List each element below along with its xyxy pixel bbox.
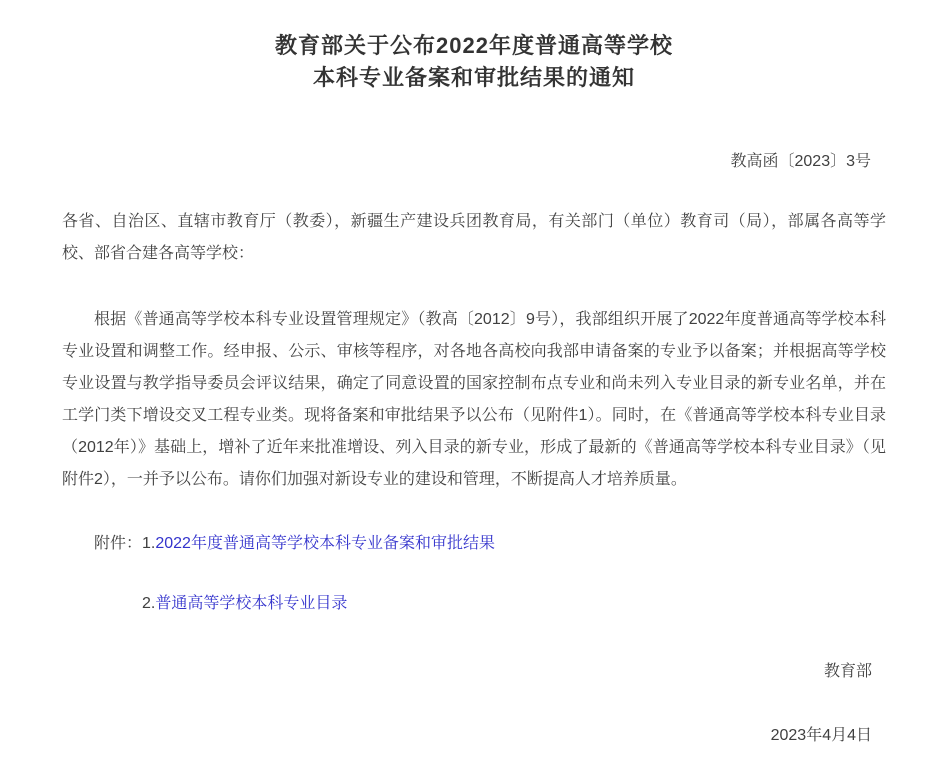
document-title-line1: 教育部关于公布2022年度普通高等学校 xyxy=(62,30,886,62)
notice-document: 教育部关于公布2022年度普通高等学校 本科专业备案和审批结果的通知 教高函〔2… xyxy=(0,0,948,767)
body-paragraph: 根据《普通高等学校本科专业设置管理规定》（教高〔2012〕9号），我部组织开展了… xyxy=(62,304,886,496)
attachments-section: 附件：1.2022年度普通高等学校本科专业备案和审批结果 2.普通高等学校本科专… xyxy=(62,528,886,620)
attachment-item-1: 附件：1.2022年度普通高等学校本科专业备案和审批结果 xyxy=(62,528,886,560)
attachment-item-2: 2.普通高等学校本科专业目录 xyxy=(62,588,886,620)
document-number: 教高函〔2023〕3号 xyxy=(62,146,886,178)
addressee-paragraph: 各省、自治区、直辖市教育厅（教委），新疆生产建设兵团教育局，有关部门（单位）教育… xyxy=(62,206,886,270)
attachments-label: 附件： xyxy=(94,535,142,552)
attachment-2-link[interactable]: 普通高等学校本科专业目录 xyxy=(155,595,347,612)
document-title: 教育部关于公布2022年度普通高等学校 本科专业备案和审批结果的通知 xyxy=(62,30,886,94)
attachment-1-link[interactable]: 2022年度普通高等学校本科专业备案和审批结果 xyxy=(155,535,495,552)
document-title-line2: 本科专业备案和审批结果的通知 xyxy=(62,62,886,94)
signing-agency: 教育部 xyxy=(62,656,886,688)
attachment-1-number: 1. xyxy=(142,535,155,552)
signing-date: 2023年4月4日 xyxy=(62,720,886,752)
attachment-2-number: 2. xyxy=(142,595,155,612)
